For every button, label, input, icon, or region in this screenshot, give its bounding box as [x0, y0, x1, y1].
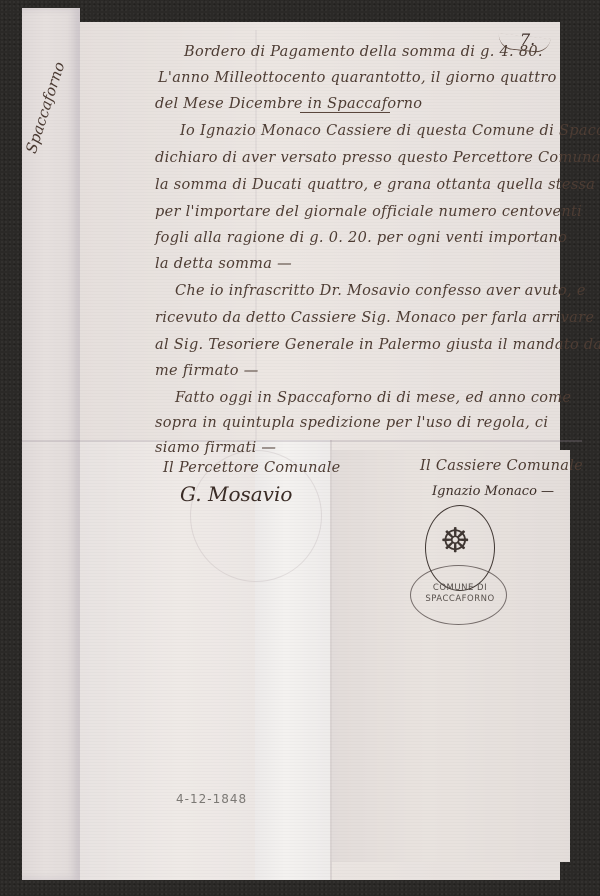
text-line: me firmato —: [155, 363, 259, 379]
text-line: siamo firmati —: [155, 440, 276, 456]
heading-line: Bordero di Pagamento della somma di g. 4…: [184, 44, 543, 60]
trinacria-icon: ☸: [440, 524, 470, 558]
text-line: L'anno Milleottocento quarantotto, il gi…: [158, 70, 557, 86]
left-signature: G. Mosavio: [180, 482, 292, 506]
left-signature-title: Il Percettore Comunale: [163, 460, 341, 476]
text-line: per l'importare del giornale officiale n…: [155, 204, 582, 220]
stamp-text-line1: COMUNE DI: [420, 583, 500, 594]
text-line: dichiaro di aver versato presso questo P…: [155, 150, 600, 166]
text-line: la detta somma —: [155, 256, 292, 272]
text-line: sopra in quintupla spedizione per l'uso …: [155, 415, 548, 431]
vertical-fold-line: [330, 440, 332, 880]
right-signature-title: Il Cassiere Comunale: [420, 458, 583, 474]
horizontal-fold-line: [22, 440, 582, 442]
stamp-text-line2: SPACCAFORNO: [420, 594, 500, 605]
stamp-seal: ☸: [425, 505, 495, 591]
text-line: del Mese Dicembre in Spaccaforno: [155, 96, 422, 112]
place-underline: [300, 112, 390, 113]
text-line: Io Ignazio Monaco Cassiere di questa Com…: [180, 123, 600, 139]
stamp-text: COMUNE DI SPACCAFORNO: [420, 583, 500, 605]
text-line: Fatto oggi in Spaccaforno di di mese, ed…: [175, 390, 571, 406]
text-line: la somma di Ducati quattro, e grana otta…: [155, 177, 595, 193]
text-line: Che io infrascritto Dr. Mosavio confesso…: [175, 283, 586, 299]
text-line: ricevuto da detto Cassiere Sig. Monaco p…: [155, 310, 594, 326]
right-signature: Ignazio Monaco —: [432, 484, 554, 499]
text-line: fogli alla ragione di g. 0. 20. per ogni…: [155, 230, 567, 246]
pencil-date-annotation: 4-12-1848: [176, 792, 247, 806]
text-line: al Sig. Tesoriere Generale in Palermo gi…: [155, 337, 600, 353]
